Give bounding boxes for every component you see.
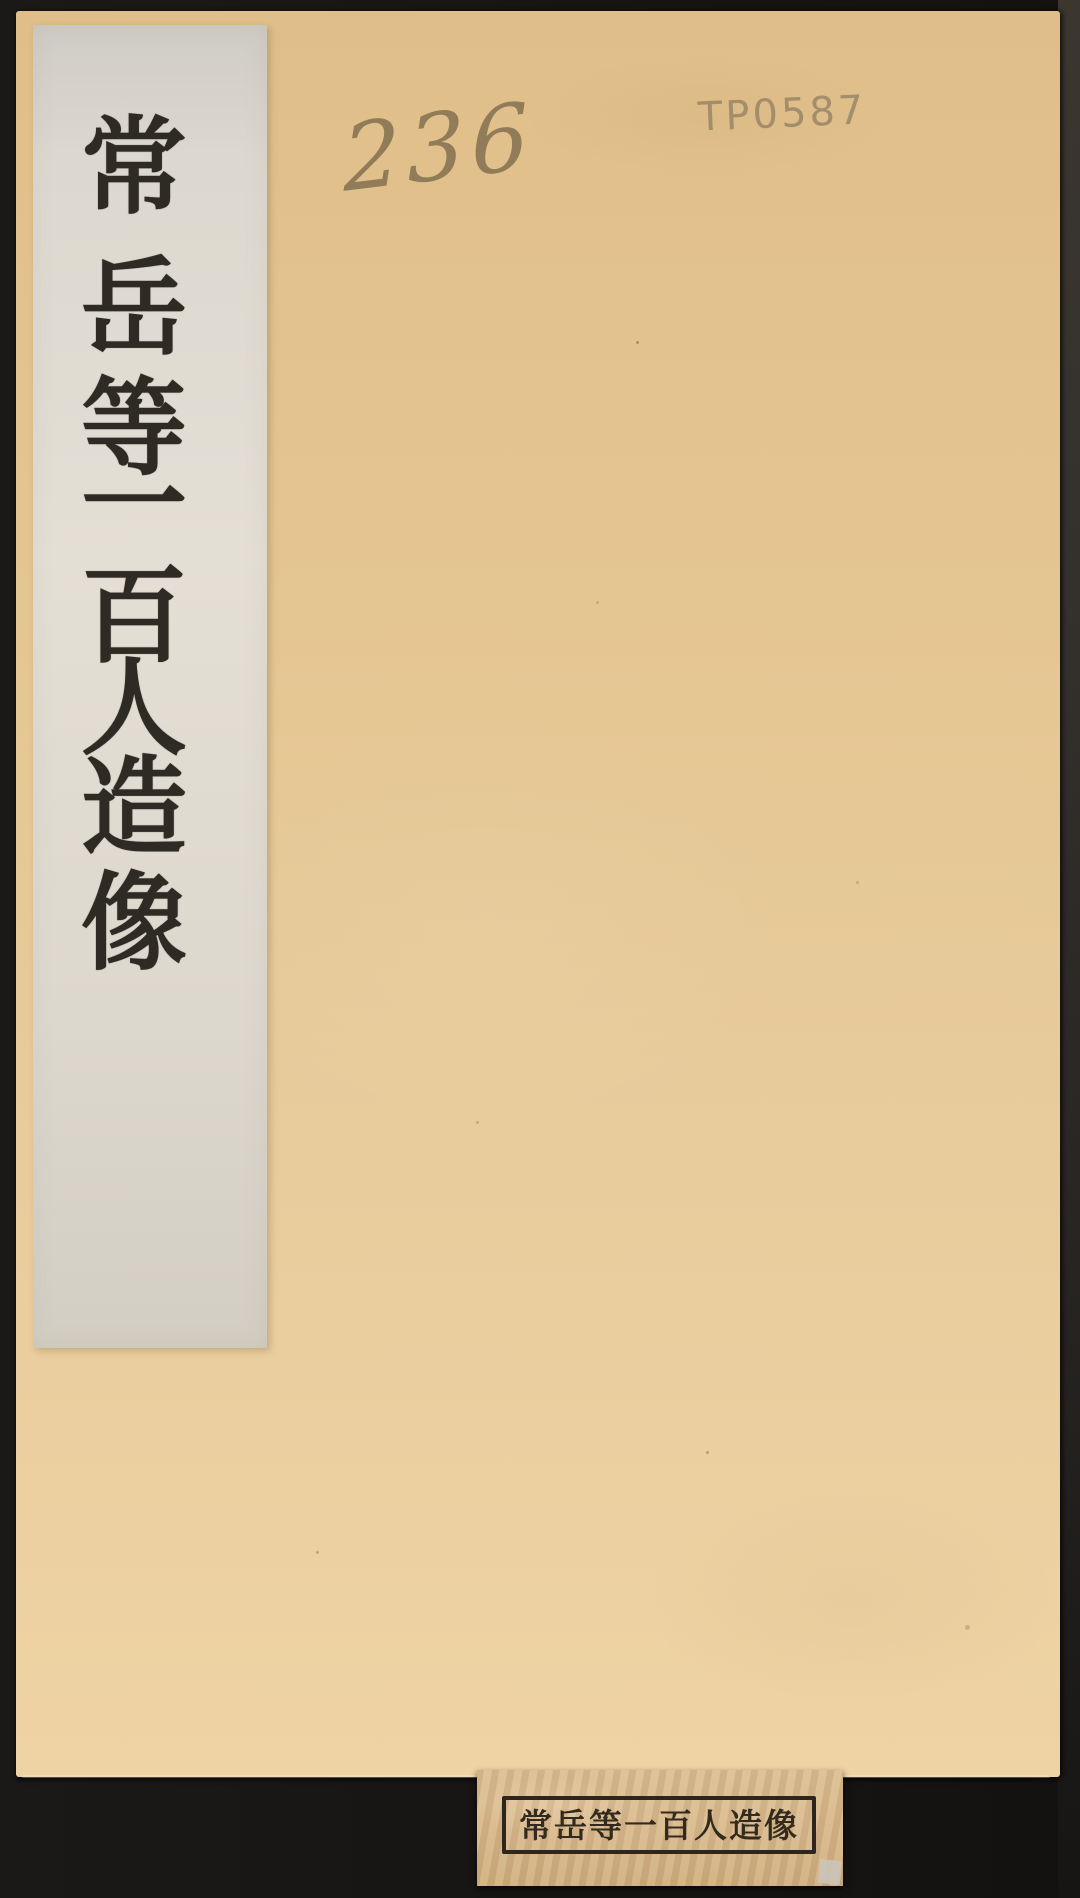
catalog-number-annotation: TP0587	[697, 87, 867, 140]
scanned-album-cover-photo: 常 岳 等 一 百 人 造 像 236 TP0587 常岳等一百人造像	[0, 0, 1080, 1898]
bottom-title-label: 常岳等一百人造像	[477, 1770, 843, 1886]
spine-title-character: 像	[17, 870, 251, 976]
handwritten-number-annotation: 236	[341, 85, 537, 210]
paper-speckles	[636, 341, 639, 344]
label-border-box: 常岳等一百人造像	[502, 1796, 816, 1854]
backing-board-edge	[1058, 0, 1080, 1898]
spine-title-character: 造	[17, 754, 251, 860]
spine-title-character: 一	[17, 452, 251, 558]
spine-title-label: 常 岳 等 一 百 人 造 像	[33, 25, 267, 1348]
bottom-title-text: 常岳等一百人造像	[519, 1809, 799, 1842]
spine-title-character: 常	[17, 114, 251, 220]
spine-title-character: 岳	[17, 255, 251, 361]
book-cover: 常 岳 等 一 百 人 造 像 236 TP0587	[16, 11, 1060, 1777]
worn-paper-chip	[818, 1859, 842, 1885]
